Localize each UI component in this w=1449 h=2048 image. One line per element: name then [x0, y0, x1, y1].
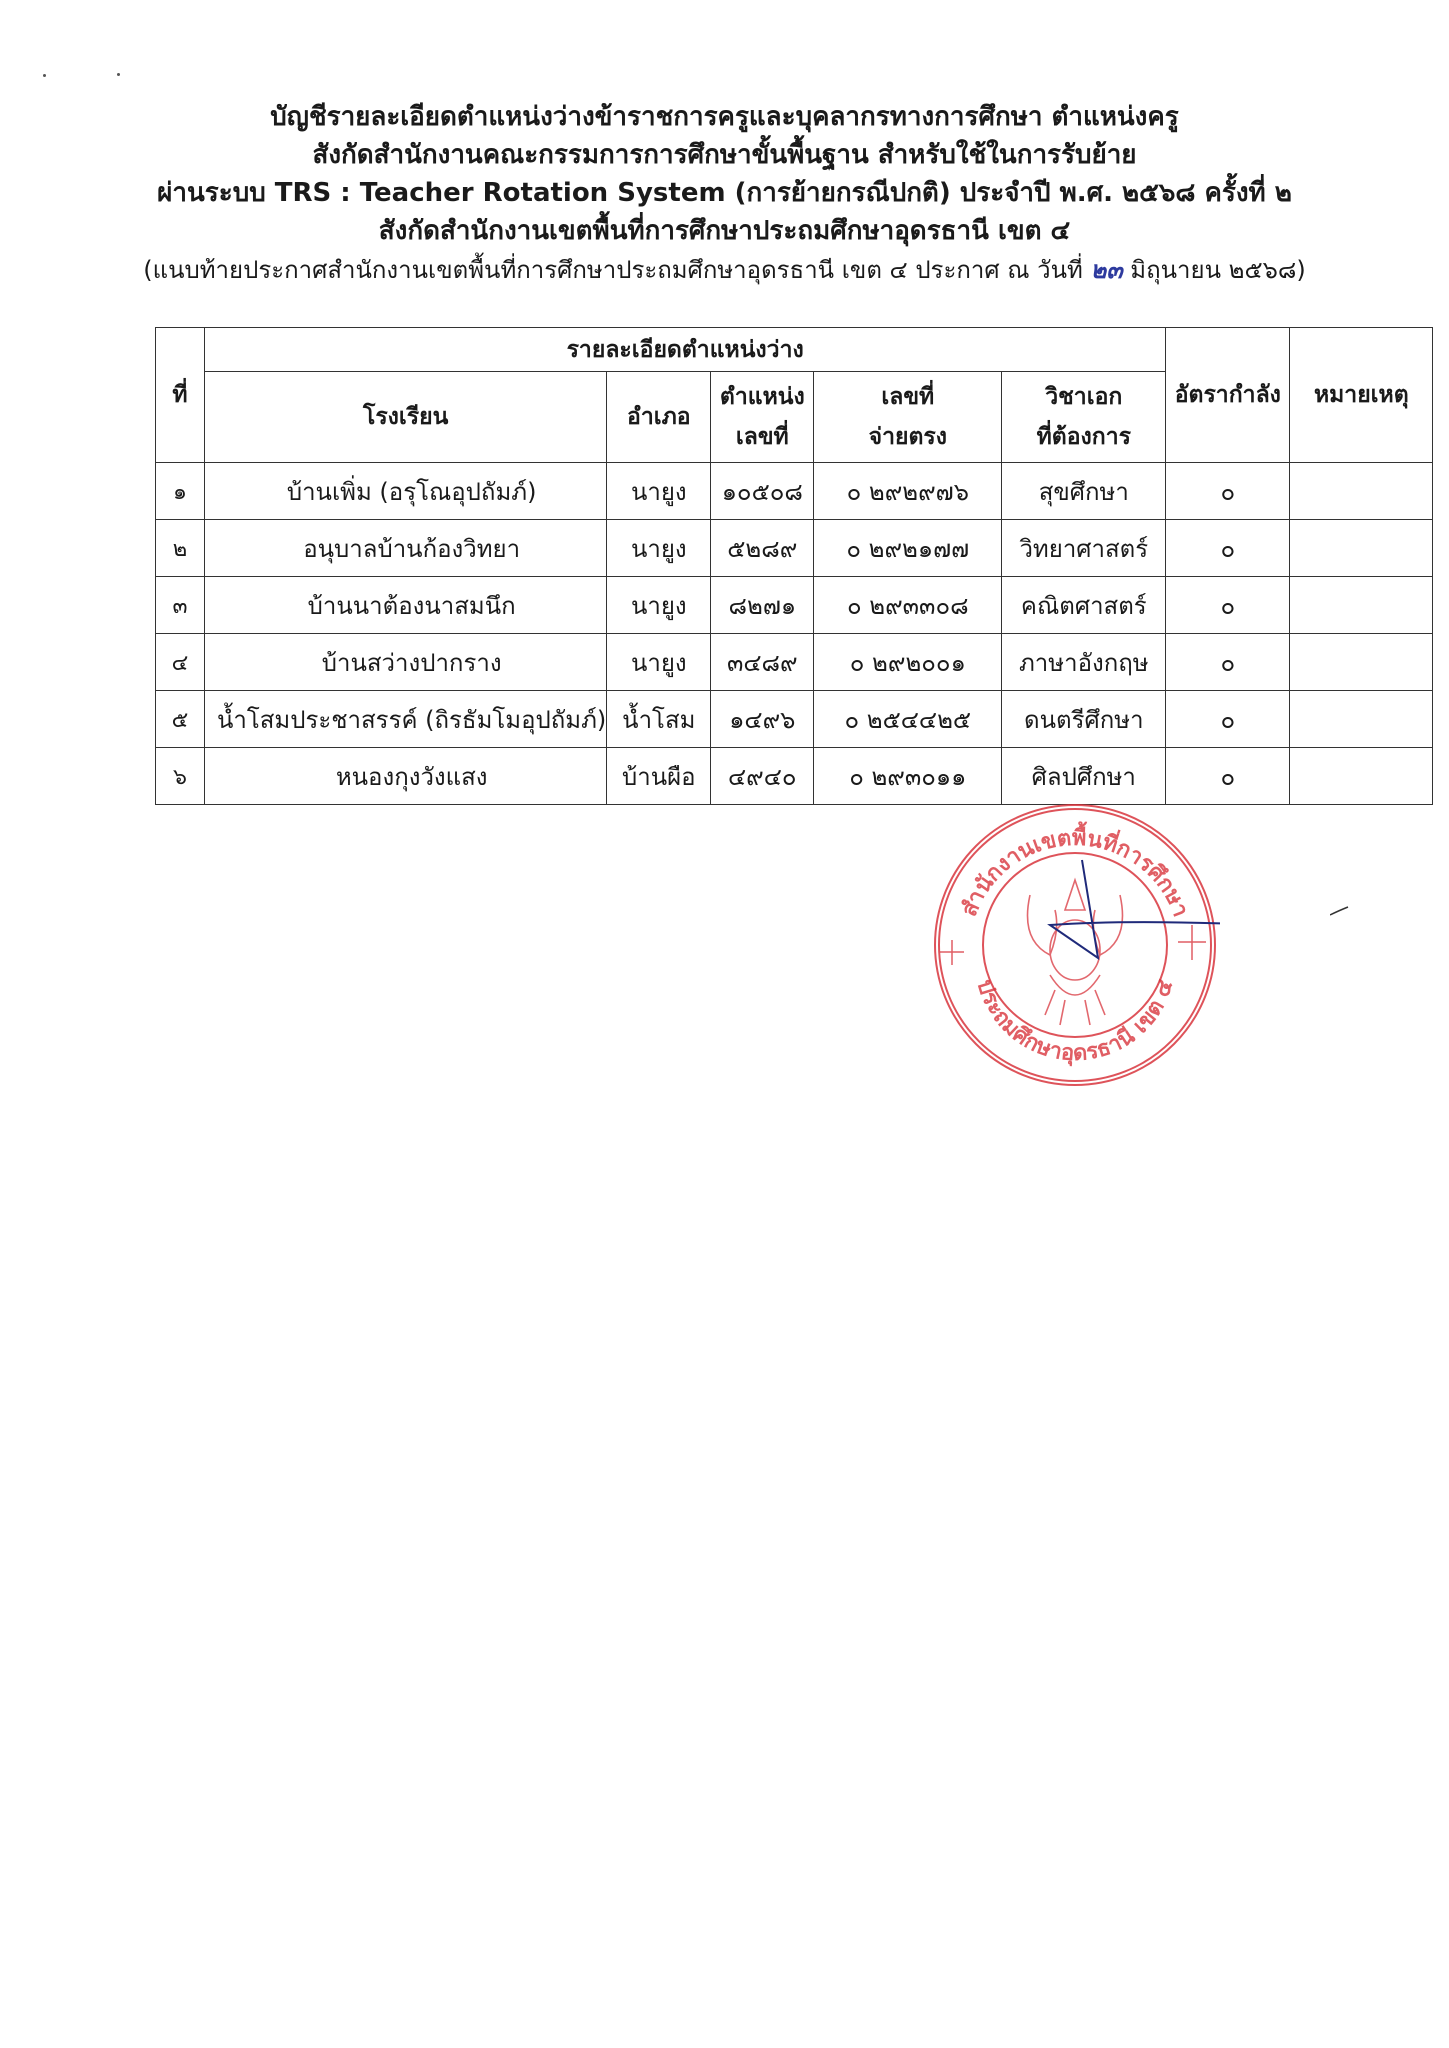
signature-tail — [1330, 905, 1350, 917]
col-header-subject: วิชาเอกที่ต้องการ — [1002, 372, 1166, 463]
cell-rate: ๐ — [1166, 634, 1290, 691]
announcement-prefix: (แนบท้ายประกาศสำนักงานเขตพื้นที่การศึกษา… — [143, 256, 1090, 284]
cell-rate: ๐ — [1166, 748, 1290, 805]
cell-no: ๖ — [156, 748, 205, 805]
cell-rate: ๐ — [1166, 691, 1290, 748]
vacancy-table: ที่ รายละเอียดตำแหน่งว่าง อัตรากำลัง หมา… — [155, 327, 1433, 805]
cell-position-no: ๔๙๔๐ — [711, 748, 814, 805]
cell-remark — [1290, 634, 1433, 691]
table-row: ๑บ้านเพิ่ม (อรุโณอุปถัมภ์)นายูง๑๐๕๐๘๐ ๒๙… — [156, 463, 1433, 520]
cell-remark — [1290, 520, 1433, 577]
cell-amphoe: นายูง — [607, 463, 711, 520]
col-header-remark: หมายเหตุ — [1290, 328, 1433, 463]
cell-subject: ดนตรีศึกษา — [1002, 691, 1166, 748]
cell-position-no: ๕๒๘๙ — [711, 520, 814, 577]
seal-star-left — [940, 940, 964, 965]
cell-pay-no: ๐ ๒๙๓๓๐๘ — [814, 577, 1002, 634]
col-header-school: โรงเรียน — [205, 372, 607, 463]
col-header-no: ที่ — [156, 328, 205, 463]
cell-amphoe: นายูง — [607, 577, 711, 634]
table-row: ๕น้ำโสมประชาสรรค์ (ถิรธัมโมอุปถัมภ์)น้ำโ… — [156, 691, 1433, 748]
cell-subject: วิทยาศาสตร์ — [1002, 520, 1166, 577]
cell-rate: ๐ — [1166, 463, 1290, 520]
announcement-suffix: มิถุนายน ๒๕๖๘) — [1123, 256, 1306, 284]
cell-position-no: ๘๒๗๑ — [711, 577, 814, 634]
cell-rate: ๐ — [1166, 520, 1290, 577]
group-header-vacancy-details: รายละเอียดตำแหน่งว่าง — [205, 328, 1166, 372]
cell-position-no: ๑๐๕๐๘ — [711, 463, 814, 520]
col-header-position-no: ตำแหน่งเลขที่ — [711, 372, 814, 463]
document-header: บัญชีรายละเอียดตำแหน่งว่างข้าราชการครูแล… — [0, 98, 1449, 288]
cell-rate: ๐ — [1166, 577, 1290, 634]
cell-no: ๓ — [156, 577, 205, 634]
cell-remark — [1290, 691, 1433, 748]
cell-pay-no: ๐ ๒๙๒๐๐๑ — [814, 634, 1002, 691]
cell-pay-no: ๐ ๒๕๔๔๒๕ — [814, 691, 1002, 748]
table-row: ๓บ้านนาต้องนาสมนึกนายูง๘๒๗๑๐ ๒๙๓๓๐๘คณิตศ… — [156, 577, 1433, 634]
cell-amphoe: นายูง — [607, 520, 711, 577]
col-header-rate: อัตรากำลัง — [1166, 328, 1290, 463]
cell-pay-no: ๐ ๒๙๒๙๗๖ — [814, 463, 1002, 520]
title-line-1: บัญชีรายละเอียดตำแหน่งว่างข้าราชการครูแล… — [0, 98, 1449, 136]
cell-position-no: ๓๔๘๙ — [711, 634, 814, 691]
table-row: ๒อนุบาลบ้านก้องวิทยานายูง๕๒๘๙๐ ๒๙๒๑๗๗วิท… — [156, 520, 1433, 577]
cell-pay-no: ๐ ๒๙๓๐๑๑ — [814, 748, 1002, 805]
col-header-pay-no: เลขที่จ่ายตรง — [814, 372, 1002, 463]
cell-school: อนุบาลบ้านก้องวิทยา — [205, 520, 607, 577]
handwritten-day: ๒๓ — [1090, 256, 1122, 284]
official-seal-stamp: สำนักงานเขตพื้นที่การศึกษา ประถมศึกษาอุด… — [930, 800, 1220, 1090]
title-line-3: ผ่านระบบ TRS : Teacher Rotation System (… — [0, 174, 1449, 212]
cell-school: หนองกุงวังแสง — [205, 748, 607, 805]
cell-subject: ภาษาอังกฤษ — [1002, 634, 1166, 691]
cell-no: ๑ — [156, 463, 205, 520]
cell-school: บ้านนาต้องนาสมนึก — [205, 577, 607, 634]
table-row: ๖หนองกุงวังแสงบ้านผือ๔๙๔๐๐ ๒๙๓๐๑๑ศิลปศึก… — [156, 748, 1433, 805]
cell-remark — [1290, 577, 1433, 634]
scan-speck — [117, 73, 120, 76]
cell-amphoe: น้ำโสม — [607, 691, 711, 748]
col-header-amphoe: อำเภอ — [607, 372, 711, 463]
cell-subject: สุขศึกษา — [1002, 463, 1166, 520]
seal-bottom-text: ประถมศึกษาอุดรธานี เขต ๔ — [972, 976, 1179, 1067]
cell-subject: คณิตศาสตร์ — [1002, 577, 1166, 634]
table-row: ๔บ้านสว่างปากรางนายูง๓๔๘๙๐ ๒๙๒๐๐๑ภาษาอัง… — [156, 634, 1433, 691]
cell-no: ๒ — [156, 520, 205, 577]
title-line-2: สังกัดสำนักงานคณะกรรมการการศึกษาขั้นพื้น… — [0, 136, 1449, 174]
title-line-4: สังกัดสำนักงานเขตพื้นที่การศึกษาประถมศึก… — [0, 212, 1449, 250]
cell-school: บ้านเพิ่ม (อรุโณอุปถัมภ์) — [205, 463, 607, 520]
cell-subject: ศิลปศึกษา — [1002, 748, 1166, 805]
cell-no: ๕ — [156, 691, 205, 748]
cell-remark — [1290, 748, 1433, 805]
cell-no: ๔ — [156, 634, 205, 691]
cell-amphoe: บ้านผือ — [607, 748, 711, 805]
announcement-reference: (แนบท้ายประกาศสำนักงานเขตพื้นที่การศึกษา… — [0, 252, 1449, 288]
cell-remark — [1290, 463, 1433, 520]
cell-school: น้ำโสมประชาสรรค์ (ถิรธัมโมอุปถัมภ์) — [205, 691, 607, 748]
cell-school: บ้านสว่างปากราง — [205, 634, 607, 691]
cell-pay-no: ๐ ๒๙๒๑๗๗ — [814, 520, 1002, 577]
scan-speck — [43, 74, 46, 77]
cell-amphoe: นายูง — [607, 634, 711, 691]
cell-position-no: ๑๔๙๖ — [711, 691, 814, 748]
seal-star-right — [1178, 925, 1206, 960]
garuda-emblem-icon — [1028, 880, 1123, 1025]
